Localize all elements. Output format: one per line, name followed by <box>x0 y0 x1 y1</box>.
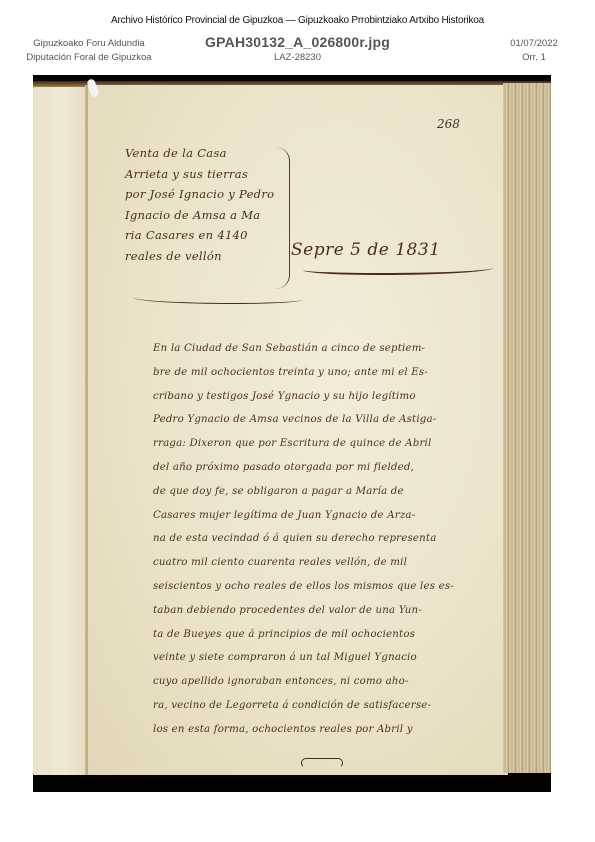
margin-note-line: Venta de la Casa <box>125 143 285 164</box>
bottom-shadow <box>33 775 551 792</box>
margin-note-line: ria Casares en 4140 <box>125 225 285 246</box>
margin-note-line: por José Ignacio y Pedro <box>125 184 285 205</box>
manuscript-body: En la Ciudad de San Sebastián a cinco de… <box>153 337 503 742</box>
body-line: taban debiendo procedentes del valor de … <box>153 599 503 623</box>
body-line: de que doy fe, se obligaron a pagar a Ma… <box>153 480 503 504</box>
body-line: del año próximo pasado otorgada por mi f… <box>153 456 503 480</box>
header-center-block: GPAH30132_A_026800r.jpg LAZ-28230 <box>190 33 405 64</box>
header-right-block: 01/07/2022 Orr. 1 <box>499 37 569 65</box>
body-line: Casares mujer legítima de Juan Ygnacio d… <box>153 504 503 528</box>
left-page <box>33 87 87 777</box>
curly-bracket <box>273 147 290 289</box>
body-line: Pedro Ygnacio de Amsa vecinos de la Vill… <box>153 408 503 432</box>
body-line: seiscientos y ocho reales de ellos los m… <box>153 575 503 599</box>
date-note: Sepre 5 de 1831 <box>291 240 441 260</box>
body-line: na de esta vecindad ó á quien su derecho… <box>153 527 503 551</box>
institution-spanish: Diputación Foral de Gipuzkoa <box>14 51 164 65</box>
print-date: 01/07/2022 <box>499 37 569 51</box>
closing-flourish <box>301 758 343 768</box>
body-line: veinte y siete compraron á un tal Miguel… <box>153 646 503 670</box>
header-title: Archivo Histórico Provincial de Gipuzkoa… <box>0 15 595 26</box>
image-filename: GPAH30132_A_026800r.jpg <box>190 33 405 51</box>
page-number: Orr. 1 <box>499 51 569 65</box>
folio-number: 268 <box>437 117 460 131</box>
margin-note-line: reales de vellón <box>125 246 285 267</box>
archive-reference: LAZ-28230 <box>190 51 405 64</box>
body-line: En la Ciudad de San Sebastián a cinco de… <box>153 337 503 361</box>
body-line: rraga: Dixeron que por Escritura de quin… <box>153 432 503 456</box>
body-line: cribano y testigos José Ygnacio y su hij… <box>153 385 503 409</box>
body-line: los en esta forma, ochocientos reales po… <box>153 718 503 742</box>
body-line: cuatro mil ciento cuarenta reales vellón… <box>153 551 503 575</box>
body-line: ta de Bueyes que á principios de mil och… <box>153 623 503 647</box>
header-left-block: Gipuzkoako Foru Aldundia Diputación Fora… <box>14 37 164 65</box>
body-line: cuyo apellido ignoraban entonces, ni com… <box>153 670 503 694</box>
institution-basque: Gipuzkoako Foru Aldundia <box>14 37 164 51</box>
body-line: bre de mil ochocientos treinta y uno; an… <box>153 361 503 385</box>
manuscript-photo: 268 Venta de la Casa Arrieta y sus tierr… <box>33 75 551 792</box>
margin-note: Venta de la Casa Arrieta y sus tierras p… <box>125 143 285 266</box>
margin-note-line: Arrieta y sus tierras <box>125 164 285 185</box>
body-line: ra, vecino de Legorreta á condición de s… <box>153 694 503 718</box>
page-edges <box>503 83 551 773</box>
margin-note-line: Ignacio de Amsa a Ma <box>125 205 285 226</box>
